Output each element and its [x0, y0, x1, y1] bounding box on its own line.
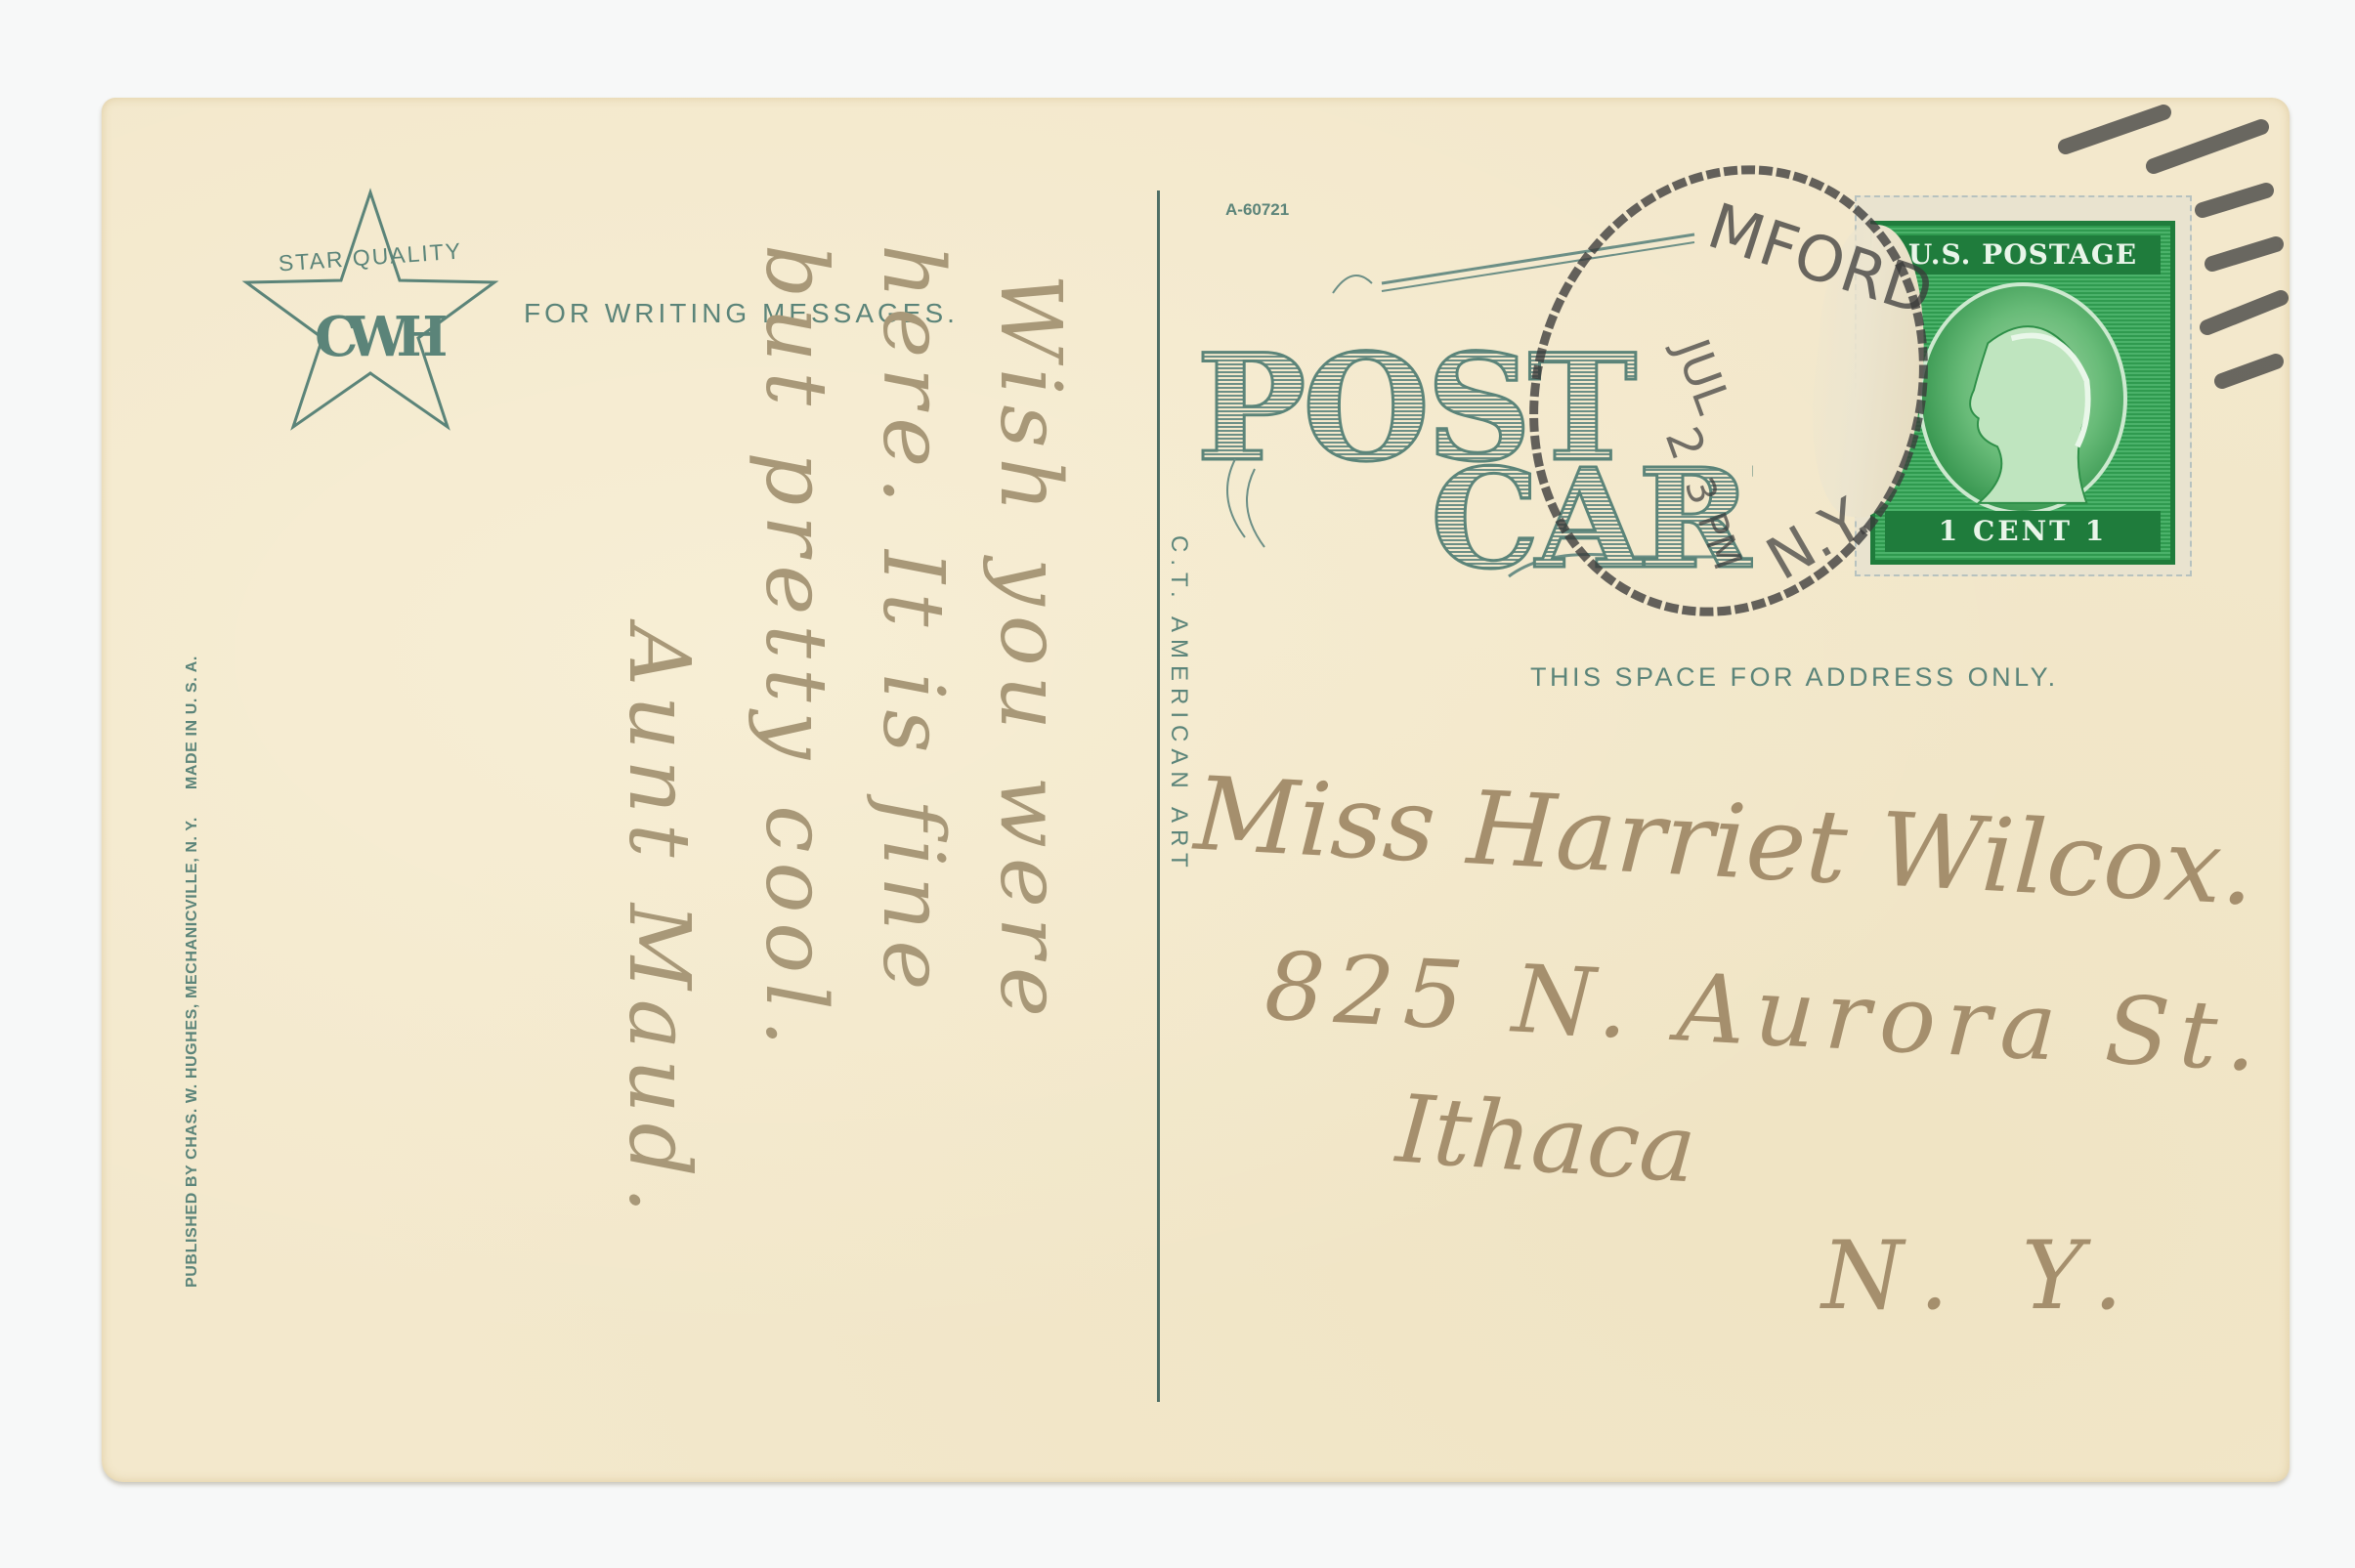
message-line-1: Wish you were: [981, 274, 1079, 1027]
message-line-2: here. It is fine: [864, 244, 962, 999]
publisher-monogram: CWH: [315, 305, 412, 369]
postmark-circle-icon: MFORD JUL 2 3 PM N.Y.: [1509, 151, 1939, 640]
made-in-usa-text: MADE IN U. S. A.: [184, 656, 200, 789]
recipient-street: 825 N. Aurora St.: [1263, 931, 2269, 1093]
cancellation-bars-icon: [2056, 88, 2300, 410]
recipient-city: Ithaca: [1392, 1074, 1699, 1204]
postmark-state: N.Y.: [1756, 483, 1881, 594]
publisher-credit-text: PUBLISHED BY CHAS. W. HUGHES, MECHANICVI…: [184, 817, 200, 1288]
message-line-3: but pretty cool.: [747, 244, 844, 1056]
recipient-name: Miss Harriet Wilcox.: [1192, 754, 2257, 929]
postmark-town: MFORD: [1699, 191, 1939, 330]
postcard: STAR QUALITY CWH PUBLISHED BY CHAS. W. H…: [102, 98, 2290, 1482]
recipient-state: N. Y.: [1821, 1221, 2144, 1331]
postmark-month: JUL: [1663, 329, 1741, 421]
postmark-day: 2: [1654, 420, 1716, 467]
center-divider: [1157, 191, 1160, 1402]
postmark-time: 3 PM: [1676, 472, 1750, 576]
message-line-4: Aunt Maud.: [610, 625, 707, 1223]
publisher-credit: PUBLISHED BY CHAS. W. HUGHES, MECHANICVI…: [184, 656, 201, 1288]
postmark: MFORD JUL 2 3 PM N.Y.: [1509, 151, 1939, 640]
address-heading: THIS SPACE FOR ADDRESS ONLY.: [1530, 662, 2059, 693]
